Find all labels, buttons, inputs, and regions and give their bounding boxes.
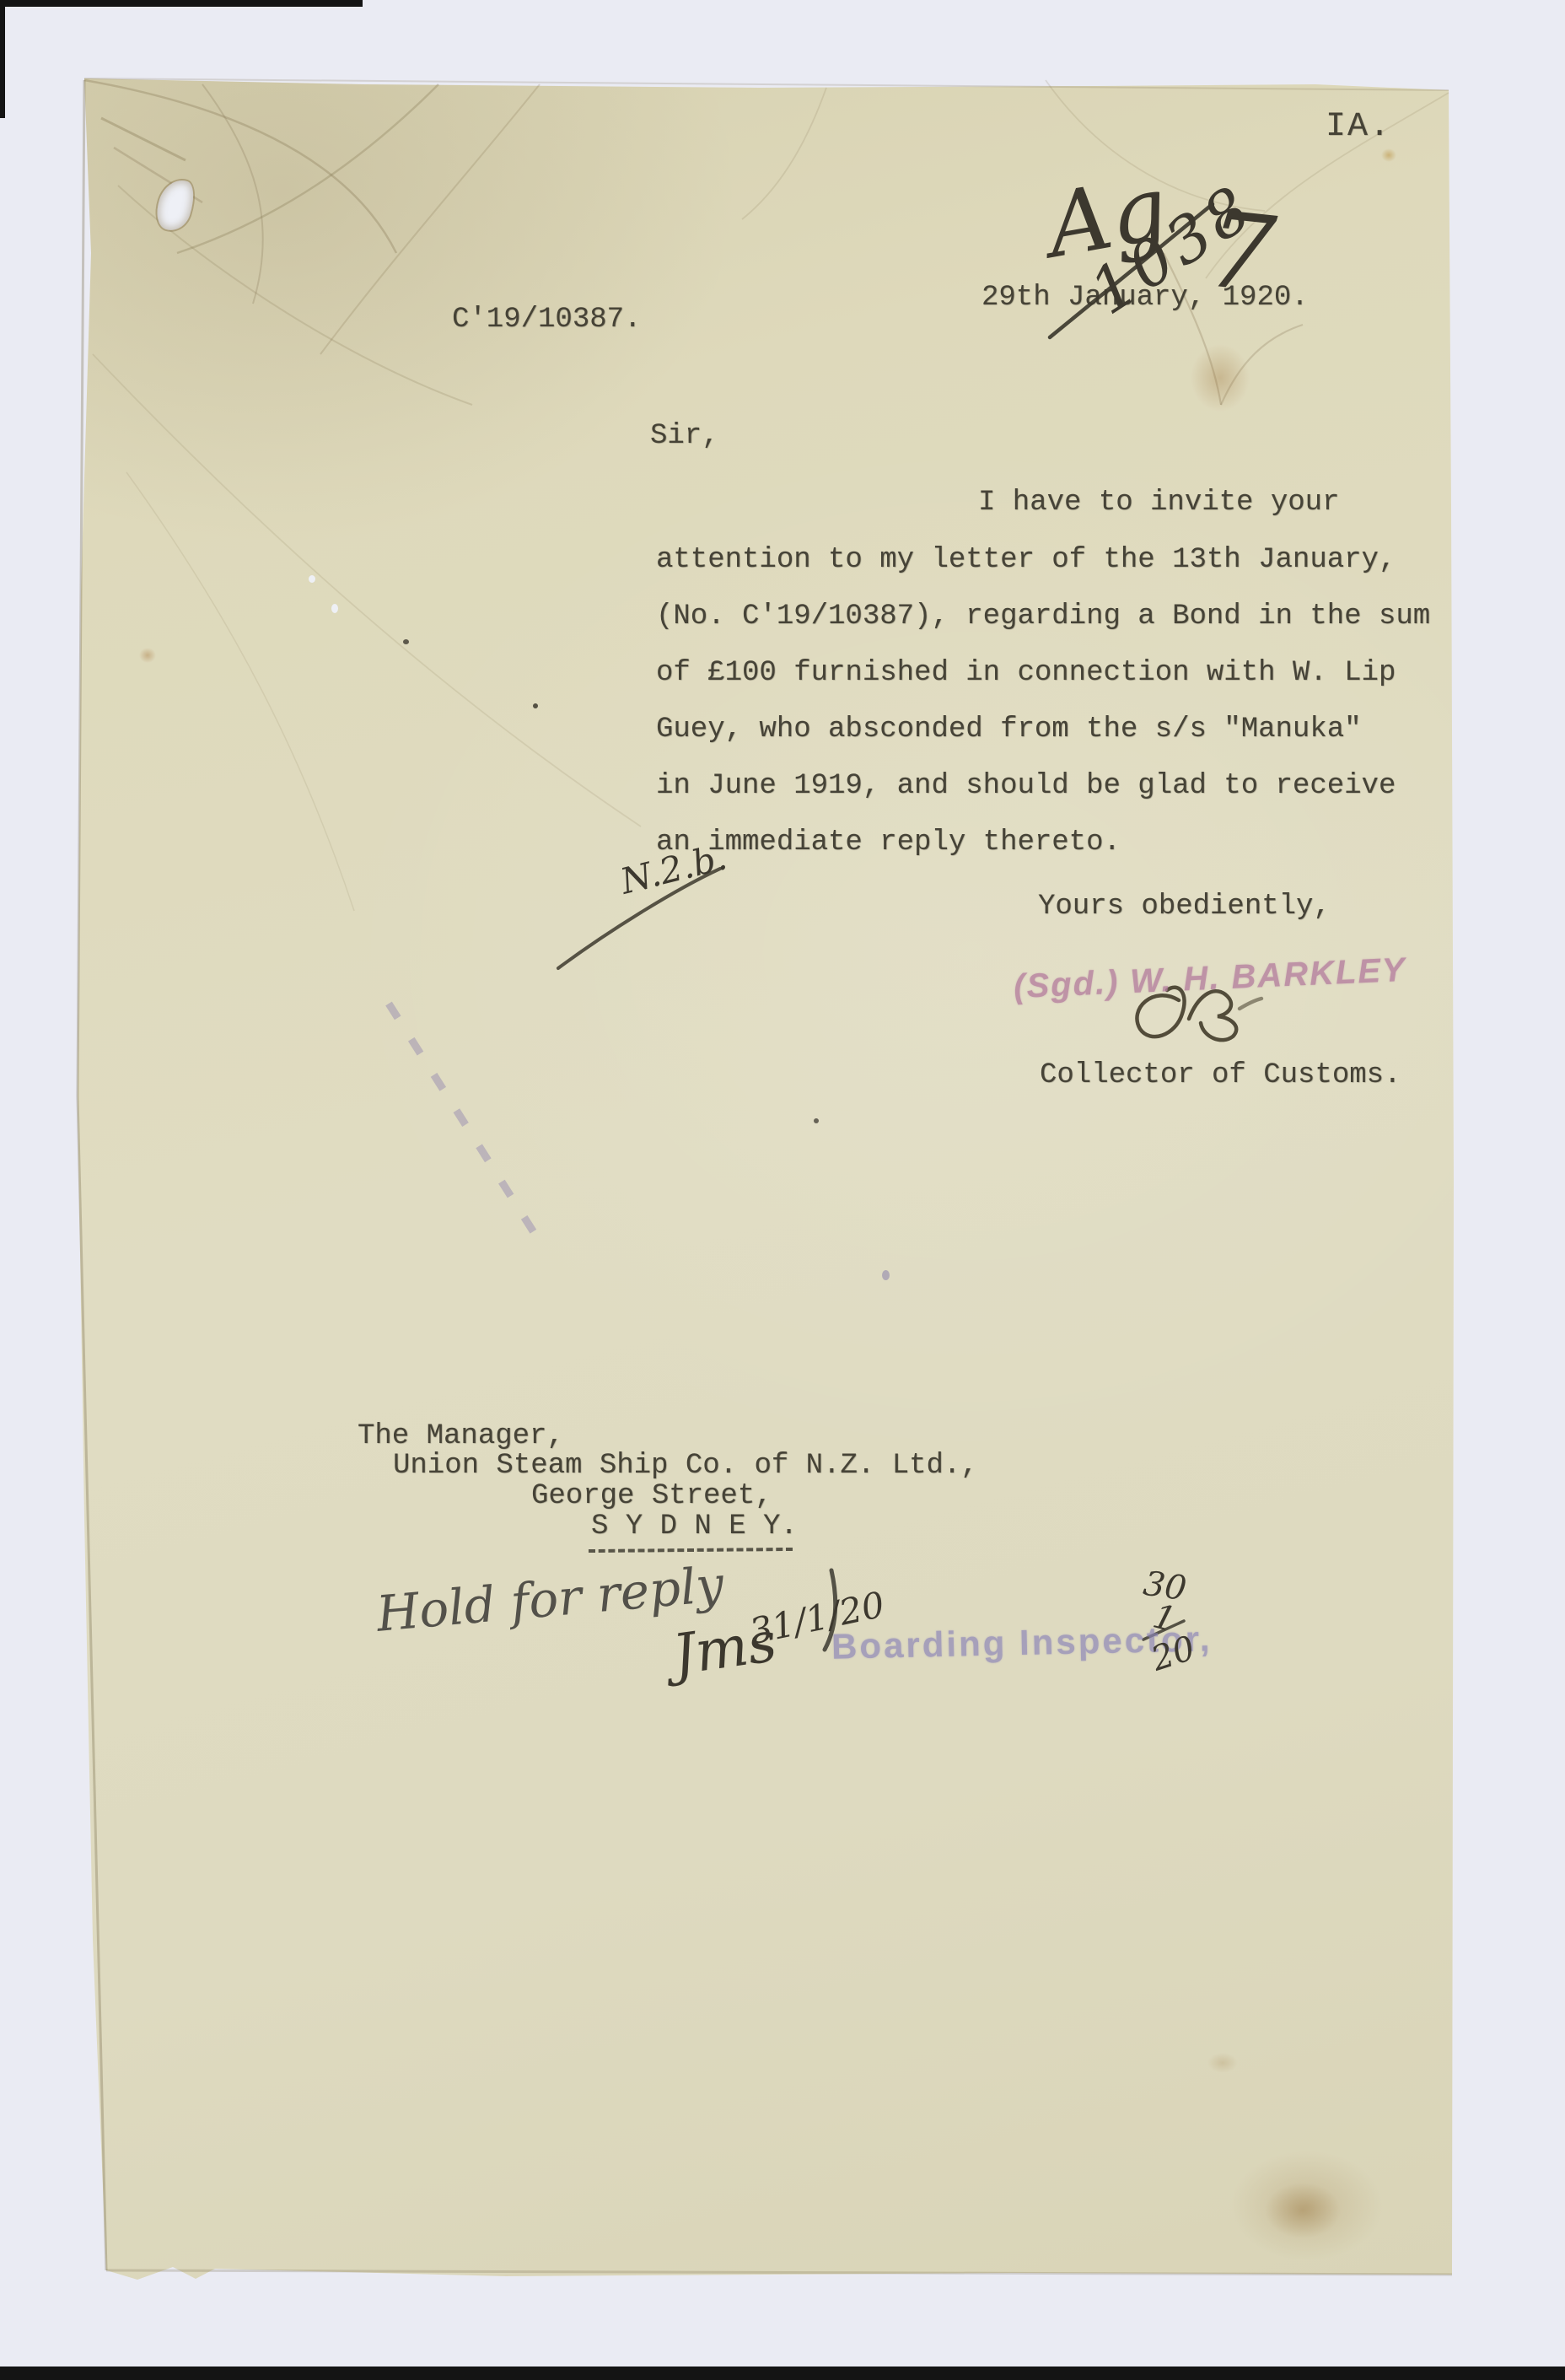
recipient-name: The Manager, <box>358 1420 564 1453</box>
body-line-3: (No. C'19/10387), regarding a Bond in th… <box>656 600 1430 633</box>
salutation: Sir, <box>650 420 719 453</box>
recipient-city: S Y D N E Y. <box>591 1510 798 1543</box>
signer-title: Collector of Customs. <box>1040 1059 1401 1092</box>
corner-mark: IA. <box>1326 108 1391 147</box>
letter-paper <box>0 0 1565 2380</box>
body-line-5: Guey, who absconded from the s/s "Manuka… <box>656 713 1362 746</box>
scanned-letter-page: IA. 29th January, 1920. C'19/10387. Sir,… <box>0 0 1565 2380</box>
body-line-1: I have to invite your <box>978 487 1339 520</box>
handwritten-seven: 7 <box>1202 189 1281 316</box>
file-reference: C'19/10387. <box>452 304 641 337</box>
closing: Yours obediently, <box>1038 891 1331 923</box>
body-line-2: attention to my letter of the 13th Janua… <box>656 544 1396 577</box>
body-line-6: in June 1919, and should be glad to rece… <box>656 770 1396 803</box>
scan-edge-top <box>0 0 363 7</box>
recipient-street: George Street, <box>531 1480 772 1513</box>
recipient-company: Union Steam Ship Co. of N.Z. Ltd., <box>393 1450 978 1483</box>
scan-edge-left <box>0 0 5 118</box>
scan-edge-bottom <box>0 2367 1565 2380</box>
body-line-4: of £100 furnished in connection with W. … <box>656 657 1396 690</box>
